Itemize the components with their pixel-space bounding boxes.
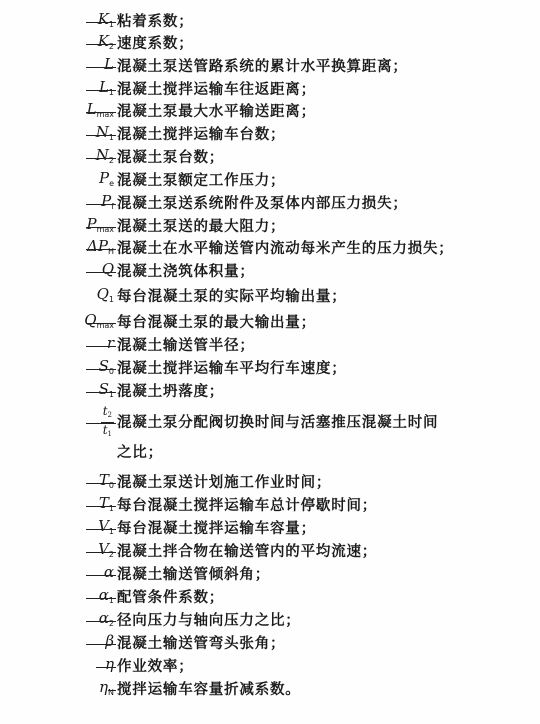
symbol-entry-pe: Pe 混凝土泵额定工作压力； — [0, 170, 540, 192]
symbol-entry-lmax: Lmax 混凝土泵最大水平输送距离； — [0, 101, 540, 123]
em-dash — [86, 483, 116, 484]
definition-text: 混凝土泵送系统附件及泵体内部压力损失； — [117, 193, 408, 215]
symbol-entry-qmax: Qmax 每台混凝土泵的最大输出量； — [0, 312, 540, 334]
definition-text: 混凝土泵送计划施工作业时间； — [117, 472, 331, 494]
symbol-entry-n1: N1 混凝土搅拌运输车台数； — [0, 124, 540, 146]
em-dash — [86, 506, 116, 507]
symbol-entry-alpha1: α1 配管条件系数； — [0, 587, 540, 609]
symbol-entry-t0: T0 混凝土泵送计划施工作业时间； — [0, 472, 540, 494]
em-dash — [86, 135, 116, 136]
em-dash — [86, 44, 116, 45]
definition-text: 每台混凝土泵的实际平均输出量； — [117, 286, 347, 308]
em-dash — [86, 22, 116, 23]
em-dash — [86, 369, 116, 370]
definition-text: 混凝土搅拌运输车往返距离； — [117, 79, 316, 101]
definition-text: 混凝土浇筑体积量； — [117, 261, 255, 283]
definition-text: 混凝土泵额定工作压力； — [117, 170, 285, 192]
em-dash — [86, 575, 116, 576]
em-dash — [86, 90, 116, 91]
definition-text: 混凝土泵送管路系统的累计水平换算距离； — [117, 56, 408, 78]
em-dash — [86, 204, 116, 205]
symbol-entry-q1: Q1 每台混凝土泵的实际平均输出量； — [0, 286, 540, 308]
definition-text: 混凝土泵台数； — [117, 147, 224, 169]
symbol-entry-l: L 混凝土泵送管路系统的累计水平换算距离； — [0, 56, 540, 78]
symbol-entry-s0: S0 混凝土搅拌运输车平均行车速度； — [0, 358, 540, 380]
symbol-entry-k2: K2 速度系数； — [0, 33, 540, 55]
fraction-numerator: t2 — [101, 404, 114, 423]
em-dash — [96, 667, 116, 668]
em-dash — [86, 323, 116, 324]
symbol-entry-l1: L1 混凝土搅拌运输车往返距离； — [0, 79, 540, 101]
symbol-entry-n2: N2 混凝土泵台数； — [0, 147, 540, 169]
definition-text: 搅拌运输车容量折减系数。 — [117, 679, 301, 701]
definition-text: 每台混凝土搅拌运输车总计停歇时间； — [117, 495, 377, 517]
definition-text: 混凝土坍落度； — [117, 381, 224, 403]
symbol-entry-pf: Pf 混凝土泵送系统附件及泵体内部压力损失； — [0, 193, 540, 215]
em-dash — [108, 690, 116, 691]
symbol-entry-t2-over-t1: t2 t1 混凝土泵分配阀切换时间与活塞推压混凝土时间 — [0, 412, 540, 434]
symbol-entry-s1: S1 混凝土坍落度； — [0, 381, 540, 403]
em-dash — [86, 423, 116, 424]
symbol-entry-v2: V2 混凝土拌合物在输送管内的平均流速； — [0, 541, 540, 563]
symbol: Q1 — [97, 283, 114, 311]
symbol-entry-alpha2: α2 径向压力与轴向压力之比； — [0, 610, 540, 632]
symbol-entry-v1: V1 每台混凝土搅拌运输车容量； — [0, 518, 540, 540]
symbol-entry-q: Q 混凝土浇筑体积量； — [0, 261, 540, 283]
symbol-entry-beta: β 混凝土输送管弯头张角； — [0, 633, 540, 655]
symbol-entry-r: r 混凝土输送管半径； — [0, 335, 540, 357]
definition-text: 作业效率； — [117, 656, 194, 678]
em-dash — [86, 621, 116, 622]
em-dash — [86, 392, 116, 393]
definition-text: 混凝土输送管半径； — [117, 335, 255, 357]
em-dash — [86, 67, 116, 68]
document-page: K1 粘着系数； K2 速度系数； L 混凝土泵送管路系统的累计水平换算距离； … — [0, 0, 540, 724]
symbol-entry-t2-over-t1-continued: 之比； — [0, 442, 540, 464]
definition-text: 混凝土输送管弯头张角； — [117, 633, 285, 655]
em-dash — [86, 529, 116, 530]
definition-text: 粘着系数； — [117, 11, 194, 33]
em-dash — [86, 112, 116, 113]
definition-text: 速度系数； — [117, 33, 194, 55]
em-dash — [86, 249, 116, 250]
symbol-entry-eta-n: ηN 搅拌运输车容量折减系数。 — [0, 679, 540, 701]
em-dash — [86, 227, 116, 228]
definition-text: 径向压力与轴向压力之比； — [117, 610, 301, 632]
em-dash — [86, 346, 116, 347]
definition-text: 混凝土搅拌运输车平均行车速度； — [117, 358, 347, 380]
definition-text: 混凝土拌合物在输送管内的平均流速； — [117, 541, 377, 563]
definition-text-continued: 之比； — [117, 442, 163, 464]
em-dash — [86, 272, 116, 273]
definition-text: 配管条件系数； — [117, 587, 224, 609]
definition-text: 混凝土泵送的最大阻力； — [117, 216, 285, 238]
definition-text: 混凝土泵分配阀切换时间与活塞推压混凝土时间 — [117, 412, 438, 434]
definition-text: 每台混凝土搅拌运输车容量； — [117, 518, 316, 540]
em-dash — [86, 552, 116, 553]
definition-text: 混凝土在水平输送管内流动每米产生的压力损失； — [117, 238, 454, 260]
em-dash — [86, 644, 116, 645]
symbol-entry-delta-ph: ΔPH 混凝土在水平输送管内流动每米产生的压力损失； — [0, 238, 540, 260]
fraction-denominator: t1 — [103, 423, 112, 441]
symbol-entry-k1: K1 粘着系数； — [0, 11, 540, 33]
symbol-entry-t1: T1 每台混凝土搅拌运输车总计停歇时间； — [0, 495, 540, 517]
symbol-entry-alpha: α 混凝土输送管倾斜角； — [0, 564, 540, 586]
definition-text: 混凝土泵最大水平输送距离； — [117, 101, 316, 123]
symbol-entry-eta: η 作业效率； — [0, 656, 540, 678]
em-dash — [86, 598, 116, 599]
em-dash — [86, 158, 116, 159]
symbol-entry-pmax: Pmax 混凝土泵送的最大阻力； — [0, 216, 540, 238]
definition-text: 混凝土搅拌运输车台数； — [117, 124, 285, 146]
definition-text: 每台混凝土泵的最大输出量； — [117, 312, 316, 334]
definition-text: 混凝土输送管倾斜角； — [117, 564, 270, 586]
